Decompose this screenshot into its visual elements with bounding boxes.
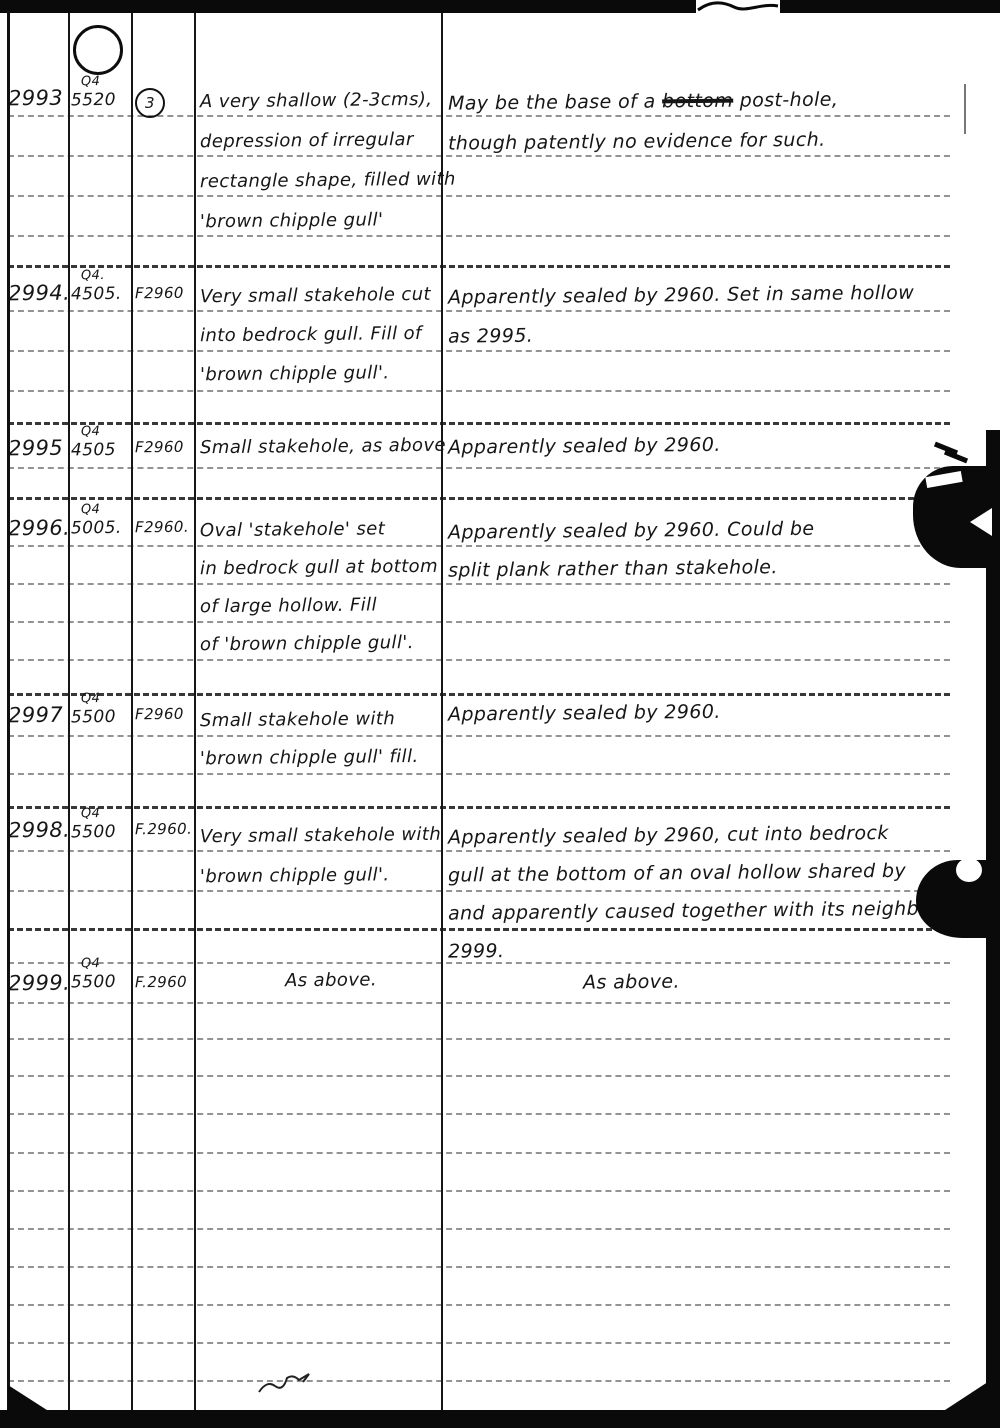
context-number: 2994.	[8, 281, 68, 306]
feature-number: 3	[135, 88, 193, 118]
ruled-line	[8, 1113, 950, 1115]
grid-reference: Q4 5500	[71, 954, 131, 992]
description-line: Small stakehole, as above	[200, 435, 442, 459]
description-cell: Very small stakehole cut into bedrock gu…	[200, 276, 442, 393]
ruled-line	[8, 1038, 950, 1040]
ruled-line	[8, 195, 950, 197]
ruled-line	[8, 1152, 950, 1154]
column-divider	[68, 12, 70, 1412]
notes-cell: May be the base of a bottom post-hole, t…	[448, 81, 950, 161]
ruled-line	[8, 1190, 950, 1192]
grid-reference: Q4 5500	[71, 689, 131, 727]
register-page: 2993 Q4 5520 3 A very shallow (2-3cms), …	[0, 0, 1000, 1428]
notes-line: and apparently caused together with its …	[448, 889, 950, 932]
notes-cell: Apparently sealed by 2960, cut into bedr…	[448, 816, 950, 968]
description-line: of large hollow. Fill	[200, 586, 442, 627]
grid-reference: Q4. 4505.	[71, 266, 131, 304]
context-number: 2998.	[8, 818, 68, 843]
notes-cell: Apparently sealed by 2960.	[448, 434, 950, 456]
scan-artifact-notch	[956, 858, 982, 882]
row-separator-rule	[8, 497, 950, 500]
column-divider	[131, 12, 133, 1412]
context-number: 2995	[8, 436, 68, 461]
description-line: Very small stakehole cut	[200, 275, 442, 317]
description-line: Small stakehole with	[200, 700, 442, 741]
context-number: 2996.	[8, 516, 68, 541]
notes-cell: Apparently sealed by 2960. Could be spli…	[448, 511, 950, 587]
strikethrough-word: bottom	[662, 90, 733, 113]
description-line: A very shallow (2-3cms),	[200, 80, 442, 123]
column-divider	[194, 12, 196, 1412]
ruled-line	[8, 1228, 950, 1230]
scan-artifact-notch	[970, 508, 992, 536]
description-line: 'brown chipple gull'.	[200, 353, 442, 395]
notes-cell: As above.	[448, 969, 1000, 991]
notes-line: Apparently sealed by 2960. Could be	[448, 508, 950, 551]
scan-border-bottom	[0, 1410, 1000, 1428]
ruled-line	[8, 1266, 950, 1268]
notes-line: though patently no evidence for such.	[448, 118, 950, 163]
feature-number: F.2960.	[135, 820, 193, 839]
notes-line: as 2995.	[448, 312, 950, 356]
feature-number: F2960	[135, 705, 193, 724]
description-line: depression of irregular	[200, 120, 442, 163]
feature-number: F2960.	[135, 518, 193, 537]
notes-line: 2999.	[448, 927, 950, 970]
row-separator-rule	[8, 806, 950, 809]
description-cell: A very shallow (2-3cms), depression of i…	[200, 81, 442, 241]
feature-number: F.2960	[135, 973, 193, 992]
ruled-line	[8, 1075, 950, 1077]
description-line: Oval 'stakehole' set	[200, 510, 442, 551]
row-separator-rule	[8, 422, 950, 425]
pen-squiggle	[255, 1370, 313, 1402]
description-line: into bedrock gull. Fill of	[200, 314, 442, 356]
ruled-line	[8, 1380, 950, 1382]
row-separator-rule	[8, 265, 950, 268]
description-line: of 'brown chipple gull'.	[200, 624, 442, 665]
grid-reference: Q4 5500	[71, 804, 131, 842]
description-line: in bedrock gull at bottom	[200, 548, 442, 589]
notes-line: Apparently sealed by 2960.	[448, 431, 950, 458]
notes-line: May be the base of a bottom post-hole,	[448, 78, 950, 123]
ruled-line	[8, 621, 950, 623]
description-line: 'brown chipple gull'	[200, 200, 442, 243]
grid-reference: Q4 4505	[71, 422, 131, 460]
notes-cell: Apparently sealed by 2960. Set in same h…	[448, 276, 950, 354]
context-number: 2997	[8, 703, 68, 728]
context-number: 2999.	[8, 971, 68, 996]
ruled-line	[8, 1304, 950, 1306]
grid-reference: Q4 5005.	[71, 500, 131, 538]
description-cell: Oval 'stakehole' set in bedrock gull at …	[200, 511, 442, 663]
ruled-line	[8, 235, 950, 237]
notes-cell: Apparently sealed by 2960.	[448, 701, 950, 723]
description-line: 'brown chipple gull'.	[200, 855, 442, 898]
ruled-line	[8, 735, 950, 737]
description-cell: Small stakehole, as above	[200, 436, 442, 457]
scan-border-left	[7, 10, 10, 1412]
ruled-line	[8, 1342, 950, 1344]
notes-line: Apparently sealed by 2960, cut into bedr…	[448, 813, 950, 856]
ruled-line	[8, 773, 950, 775]
description-cell: Very small stakehole with 'brown chipple…	[200, 816, 442, 896]
notes-line: split plank rather than stakehole.	[448, 546, 950, 589]
notes-line: As above.	[583, 966, 1000, 993]
description-line: rectangle shape, filled with	[200, 160, 442, 203]
scan-corner	[8, 1385, 50, 1412]
notes-line: Apparently sealed by 2960.	[448, 698, 950, 725]
row-separator-rule	[8, 693, 950, 696]
ruled-line	[8, 659, 950, 661]
feature-number: F2960	[135, 284, 193, 303]
description-line: 'brown chipple gull' fill.	[200, 738, 442, 779]
description-line: Very small stakehole with	[200, 815, 442, 858]
ruled-line	[8, 390, 950, 392]
scan-edge-mark	[964, 84, 966, 134]
ruled-line	[8, 1002, 950, 1004]
circled-feature-number: 3	[135, 88, 165, 118]
ruled-line	[8, 467, 950, 469]
context-number: 2993	[8, 86, 68, 111]
scan-border-flourish	[696, 0, 780, 13]
hand-drawn-circle	[73, 25, 123, 75]
scan-border-top	[0, 0, 1000, 13]
feature-number: F2960	[135, 438, 193, 457]
grid-reference: Q4 5520	[71, 72, 131, 110]
notes-line: gull at the bottom of an oval hollow sha…	[448, 851, 950, 894]
notes-line: Apparently sealed by 2960. Set in same h…	[448, 273, 950, 317]
description-cell: Small stakehole with 'brown chipple gull…	[200, 701, 442, 777]
